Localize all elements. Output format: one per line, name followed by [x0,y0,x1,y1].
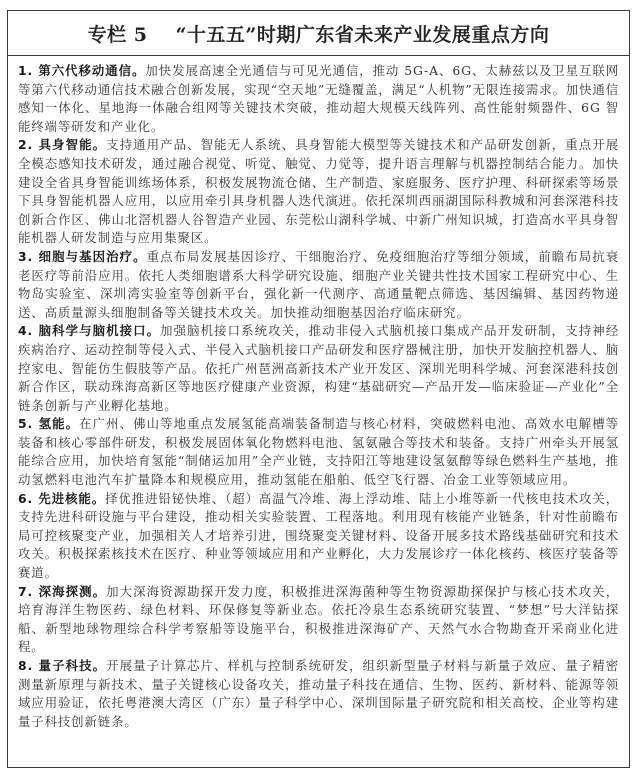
item-heading: 第六代移动通信。 [38,63,145,78]
item-heading: 深海探测。 [39,584,107,599]
item-number: 8. [18,658,39,673]
box-title: “十五五”时期广东省未来产业发展重点方向 [175,20,549,47]
box-header: 专栏 5 “十五五”时期广东省未来产业发展重点方向 [8,11,629,56]
item-number: 4. [18,323,39,338]
item-number: 1. [18,63,38,78]
list-item-brain-computer: 4. 脑科学与脑机接口。加强脑机接口系统攻关，推动非侵入式脑机接口集成产品开发研… [18,322,619,415]
item-heading: 量子科技。 [39,658,107,673]
item-text: 开展量子计算芯片、样机与控制系统研发，组织新型量子材料与新量子效应、量子精密测量… [18,658,619,729]
item-text: 在广州、佛山等地重点发展氢能高端装备制造与核心材料，突破燃料电池、高效水电解槽等… [18,416,619,487]
list-item-6g: 1. 第六代移动通信。加快发展高速全光通信与可见光通信，推动 5G-A、6G、太… [18,62,619,136]
item-text: 择优推进铅铋快堆、（超）高温气冷堆、海上浮动堆、陆上小堆等新一代核电技术攻关，支… [18,491,619,580]
sidebar-box: 专栏 5 “十五五”时期广东省未来产业发展重点方向 1. 第六代移动通信。加快发… [7,10,630,768]
item-heading: 脑科学与脑机接口。 [39,323,161,338]
list-item-embodied-ai: 2. 具身智能。支持通用产品、智能无人系统、具身智能大模型等关键技术和产品研发创… [18,136,619,248]
item-heading: 具身智能。 [39,137,107,152]
item-heading: 先进核能。 [38,491,105,506]
item-number: 5. [18,416,39,431]
item-text: 支持通用产品、智能无人系统、具身智能大模型等关键技术和产品研发创新，重点开展全模… [18,137,619,245]
box-body: 1. 第六代移动通信。加快发展高速全光通信与可见光通信，推动 5G-A、6G、太… [8,56,629,731]
list-item-quantum: 8. 量子科技。开展量子计算芯片、样机与控制系统研发，组织新型量子材料与新量子效… [18,657,619,731]
list-item-deep-sea: 7. 深海探测。加大深海资源勘探开发力度，积极推进深海菌种等生物资源勘探保护与核… [18,583,619,657]
item-number: 2. [18,137,39,152]
item-number: 6. [18,491,38,506]
box-label: 专栏 5 [88,20,148,47]
item-number: 7. [18,584,39,599]
item-number: 3. [18,249,39,264]
list-item-cell-gene-therapy: 3. 细胞与基因治疗。重点布局发展基因诊疗、干细胞治疗、免疫细胞治疗等细分领域，… [18,248,619,322]
item-heading: 细胞与基因治疗。 [39,249,147,264]
item-text: 加大深海资源勘探开发力度，积极推进深海菌种等生物资源勘探保护与核心技术攻关，培育… [18,584,619,655]
item-heading: 氢能。 [39,416,80,431]
list-item-nuclear: 6. 先进核能。择优推进铅铋快堆、（超）高温气冷堆、海上浮动堆、陆上小堆等新一代… [18,490,619,583]
list-item-hydrogen: 5. 氢能。在广州、佛山等地重点发展氢能高端装备制造与核心材料，突破燃料电池、高… [18,415,619,489]
